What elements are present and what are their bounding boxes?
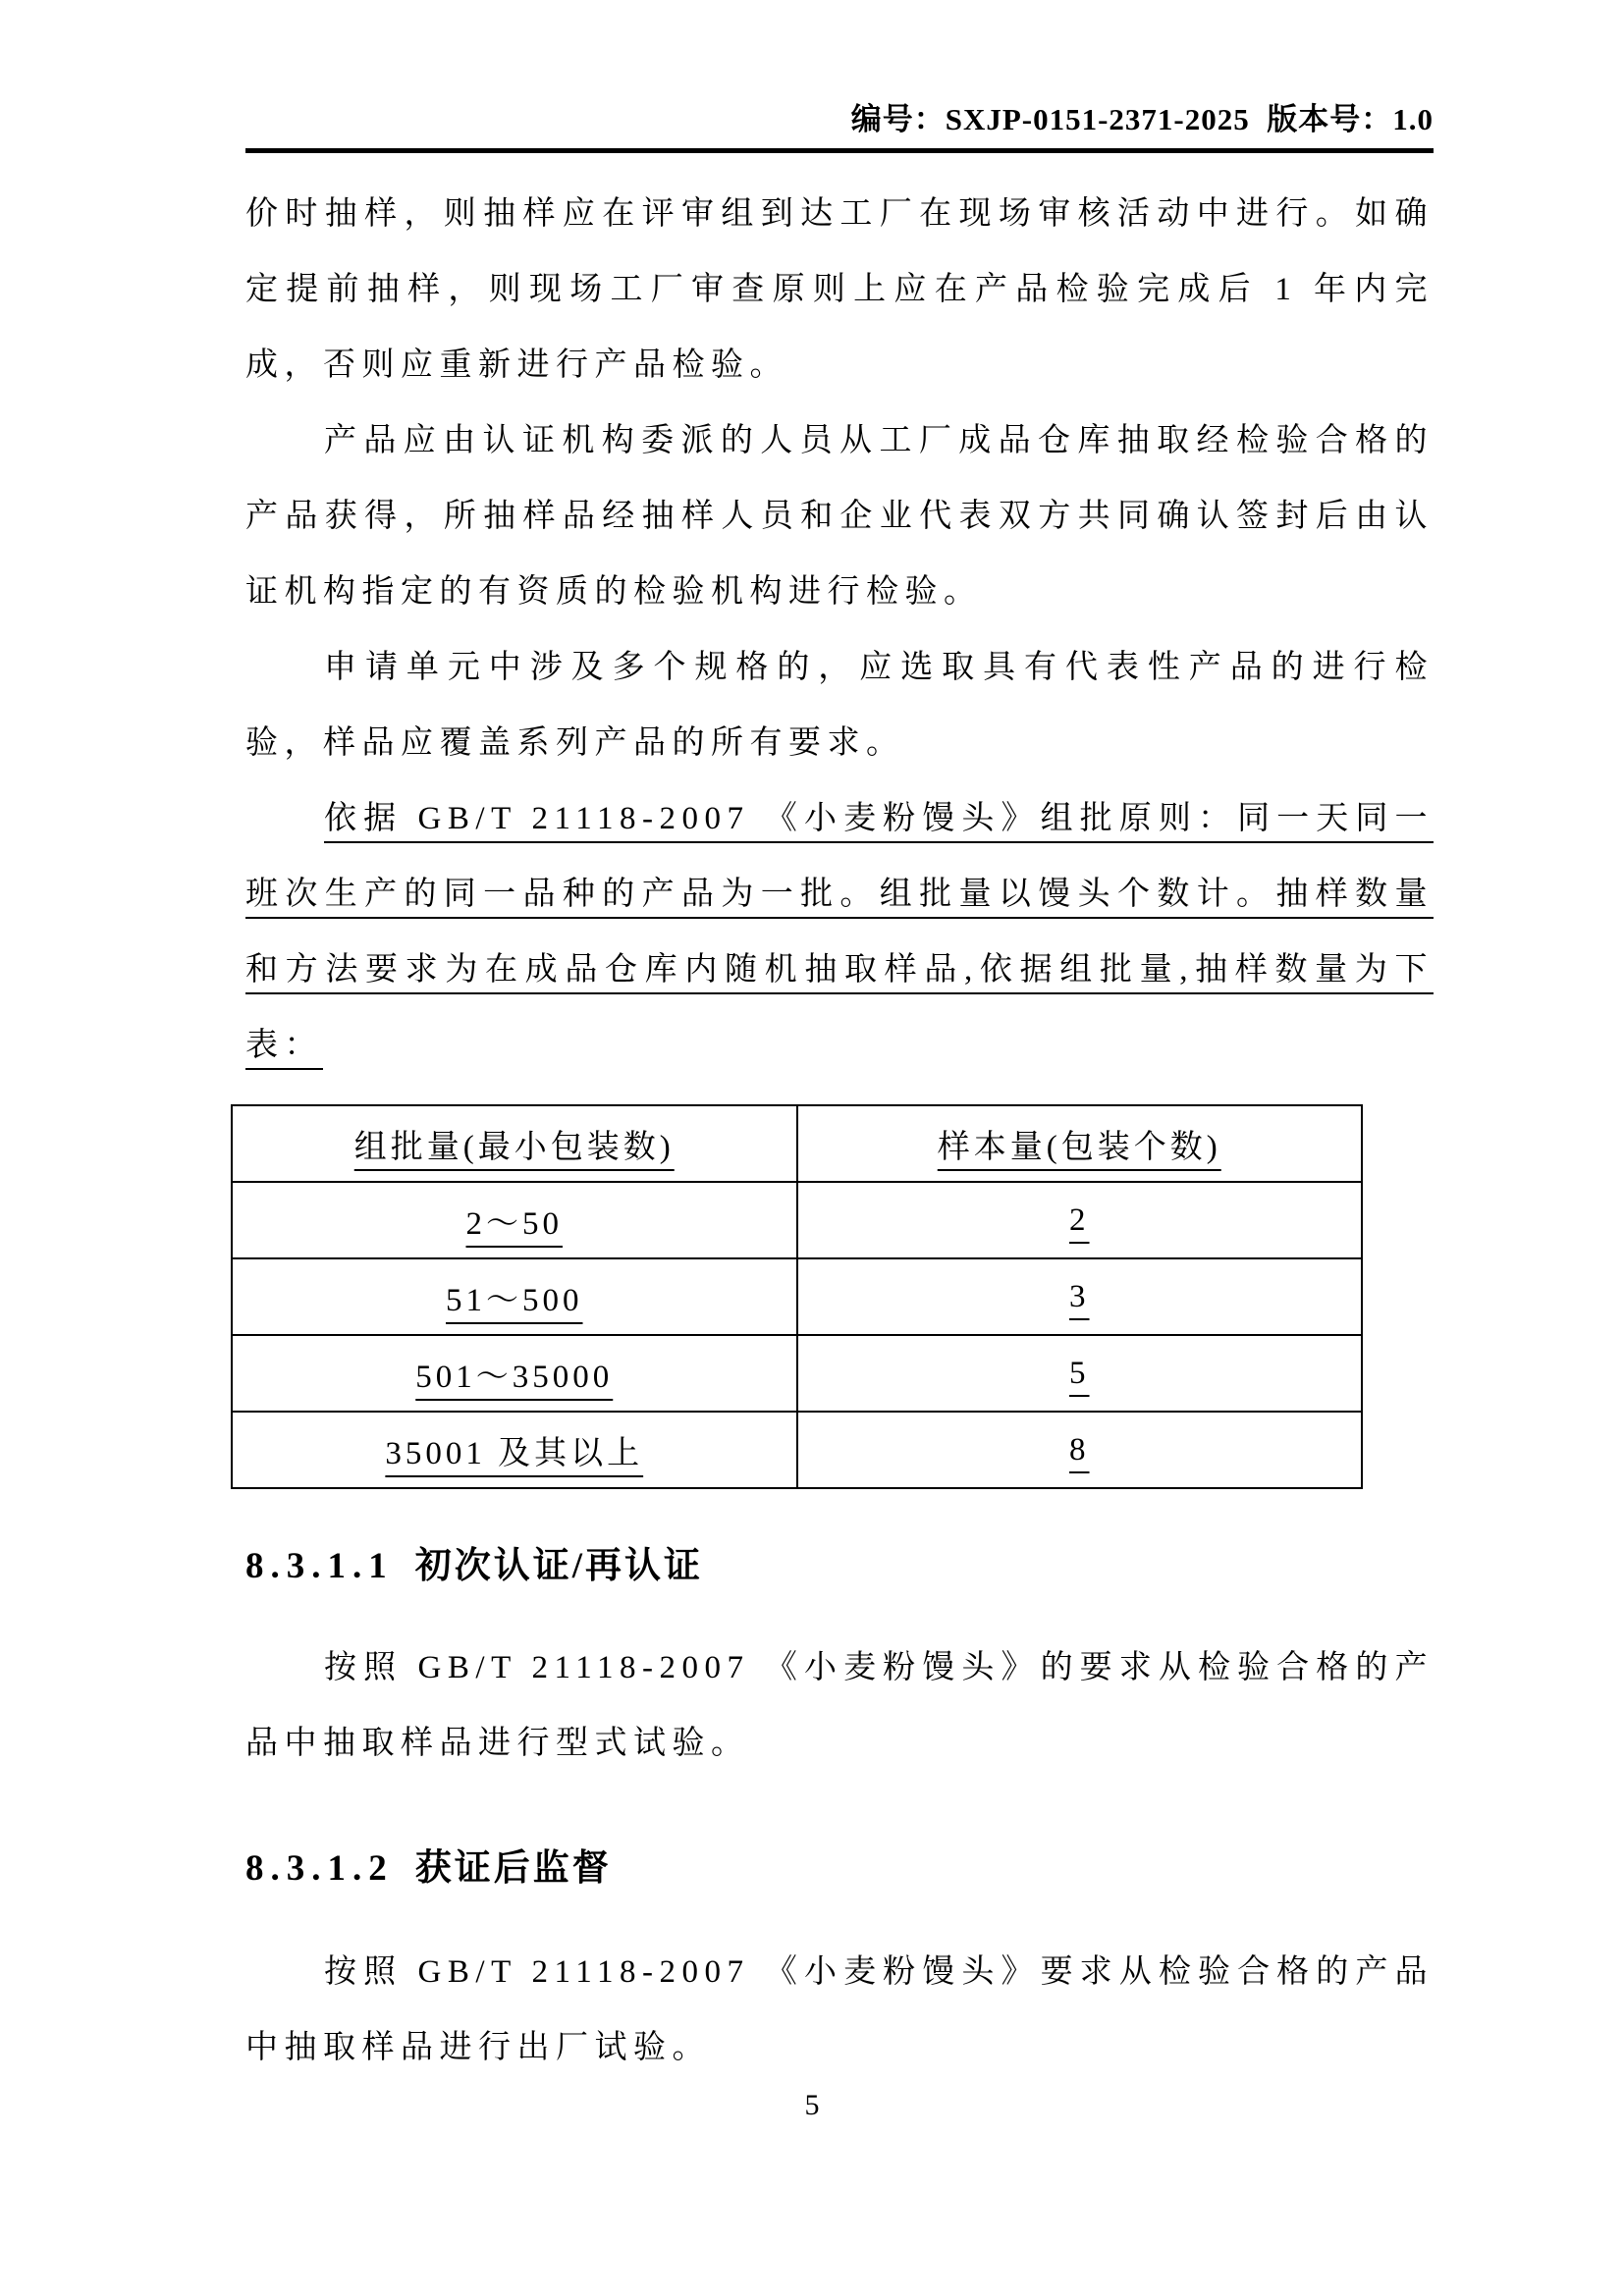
section-heading-initial-certification: 8.3.1.1初次认证/再认证: [245, 1542, 1434, 1591]
body-text-block: 价时抽样，则抽样应在评审组到达工厂在现场审核活动中进行。如确定提前抽样，则现场工…: [245, 177, 1434, 1084]
document-number-and-version: 编号：SXJP-0151-2371-2025 版本号：1.0: [851, 102, 1434, 136]
section-number: 8.3.1.1: [245, 1546, 394, 1586]
table-cell-batch-range: 2～50: [232, 1182, 797, 1258]
document-page: 编号：SXJP-0151-2371-2025 版本号：1.0 价时抽样，则抽样应…: [0, 0, 1624, 2296]
table-header-batch-size: 组批量(最小包装数): [232, 1105, 797, 1182]
paragraph-factory-test: 按照 GB/T 21118-2007 《小麦粉馒头》要求从检验合格的产品中抽取样…: [245, 1935, 1434, 2086]
table-header-sample-size: 样本量(包装个数): [797, 1105, 1363, 1182]
table-header-row: 组批量(最小包装数) 样本量(包装个数): [232, 1105, 1362, 1182]
table-row: 2～50 2: [232, 1182, 1362, 1258]
table-cell-batch-range: 35001 及其以上: [232, 1412, 797, 1488]
paragraph-application-units: 申请单元中涉及多个规格的，应选取具有代表性产品的进行检验，样品应覆盖系列产品的所…: [245, 630, 1434, 781]
paragraph-type-test: 按照 GB/T 21118-2007 《小麦粉馒头》的要求从检验合格的产品中抽取…: [245, 1630, 1434, 1782]
section-title: 获证后监督: [415, 1848, 612, 1889]
table-row: 51～500 3: [232, 1258, 1362, 1335]
sampling-quantity-table: 组批量(最小包装数) 样本量(包装个数) 2～50 2 51～500 3 501…: [231, 1104, 1363, 1489]
table-row: 35001 及其以上 8: [232, 1412, 1362, 1488]
page-content: 编号：SXJP-0151-2371-2025 版本号：1.0 价时抽样，则抽样应…: [245, 0, 1434, 2086]
table-cell-sample-count: 2: [797, 1182, 1363, 1258]
header-divider-rule: [245, 148, 1434, 153]
table-cell-sample-count: 8: [797, 1412, 1363, 1488]
document-header: 编号：SXJP-0151-2371-2025 版本号：1.0: [245, 0, 1434, 138]
table-cell-batch-range: 51～500: [232, 1258, 797, 1335]
section-heading-post-certification: 8.3.1.2获证后监督: [245, 1844, 1434, 1894]
paragraph-product-sampling: 产品应由认证机构委派的人员从工厂成品仓库抽取经检验合格的产品获得，所抽样品经抽样…: [245, 403, 1434, 630]
section-body-initial-certification: 按照 GB/T 21118-2007 《小麦粉馒头》的要求从检验合格的产品中抽取…: [245, 1630, 1434, 1782]
table-row: 501～35000 5: [232, 1335, 1362, 1412]
paragraph-continued: 价时抽样，则抽样应在评审组到达工厂在现场审核活动中进行。如确定提前抽样，则现场工…: [245, 177, 1434, 403]
section-body-post-certification: 按照 GB/T 21118-2007 《小麦粉馒头》要求从检验合格的产品中抽取样…: [245, 1935, 1434, 2086]
paragraph-batch-rule-underlined: 依据 GB/T 21118-2007 《小麦粉馒头》组批原则：同一天同一班次生产…: [245, 781, 1434, 1084]
page-number: 5: [0, 2089, 1624, 2122]
section-number: 8.3.1.2: [245, 1848, 394, 1889]
table-cell-batch-range: 501～35000: [232, 1335, 797, 1412]
table-cell-sample-count: 3: [797, 1258, 1363, 1335]
table-cell-sample-count: 5: [797, 1335, 1363, 1412]
section-title: 初次认证/再认证: [415, 1546, 703, 1586]
